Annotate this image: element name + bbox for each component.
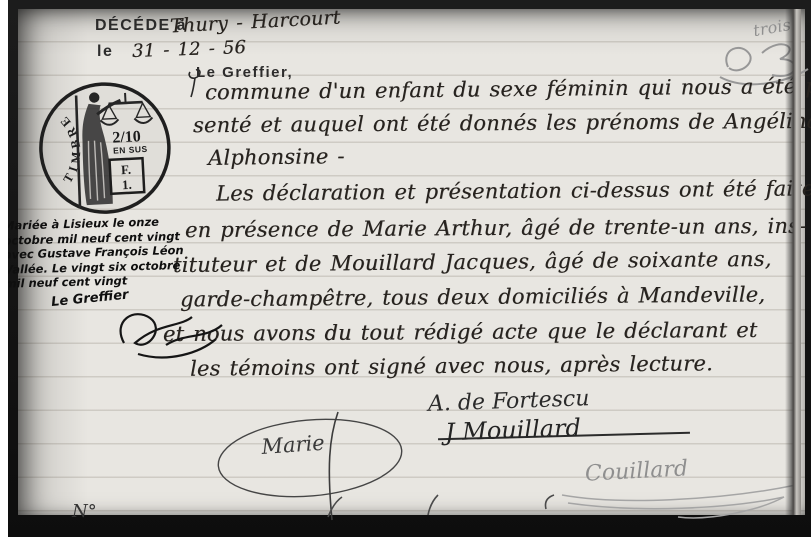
signature-mouillard: J Mouillard bbox=[445, 414, 582, 447]
seal-value-bottom: 1. bbox=[122, 177, 133, 192]
act-line: tituteur et de Mouillard Jacques, âgé de… bbox=[173, 247, 772, 277]
act-line: Les déclaration et présentation ci-dessu… bbox=[216, 176, 811, 205]
register-page: DÉCÉDE à Thury - Harcourt le 31 - 12 - 5… bbox=[18, 9, 805, 515]
page-right-edge bbox=[785, 9, 801, 515]
pen-mark bbox=[184, 67, 204, 99]
act-line: les témoins ont signé avec nous, après l… bbox=[190, 351, 713, 380]
act-line: et nous avons du tout rédigé acte que le… bbox=[163, 318, 758, 346]
margin-marriage-note: Mariée à Lisieux le onze octobre mil neu… bbox=[8, 213, 210, 305]
photo-background: DÉCÉDE à Thury - Harcourt le 31 - 12 - 5… bbox=[8, 0, 811, 537]
deceased-place-handwritten: Thury - Harcourt bbox=[170, 7, 342, 38]
scanned-register-page: DÉCÉDE à Thury - Harcourt le 31 - 12 - 5… bbox=[0, 0, 811, 544]
signature-marie: Marie bbox=[260, 431, 326, 459]
act-line: en présence de Marie Arthur, âgé de tren… bbox=[185, 214, 807, 242]
seal-value-top: F. bbox=[121, 162, 132, 178]
act-line: garde-champêtre, tous deux domiciliés à … bbox=[180, 282, 765, 311]
act-line: senté et auquel ont été donnés les préno… bbox=[193, 109, 811, 137]
act-line: Alphonsine - bbox=[208, 144, 345, 170]
seal-rate-note: EN SUS bbox=[113, 144, 148, 156]
footer-number-label: N° bbox=[72, 501, 97, 522]
clerk-stamp-label: Le Greffier, bbox=[196, 64, 293, 81]
deceased-date-label: le bbox=[97, 43, 113, 61]
signature-couillard-flourish bbox=[558, 477, 803, 523]
fiscal-stamp-seal: TIMBRE 2/10 EN S bbox=[29, 76, 183, 224]
act-line: commune d'un enfant du sexe féminin qui … bbox=[205, 74, 811, 105]
deceased-date-handwritten: 31 - 12 - 56 bbox=[132, 37, 247, 62]
signature-officer: A. de Fortescu bbox=[428, 386, 590, 417]
pen-strokes-bottom bbox=[318, 495, 578, 519]
margin-clerk-paraph bbox=[108, 297, 233, 363]
